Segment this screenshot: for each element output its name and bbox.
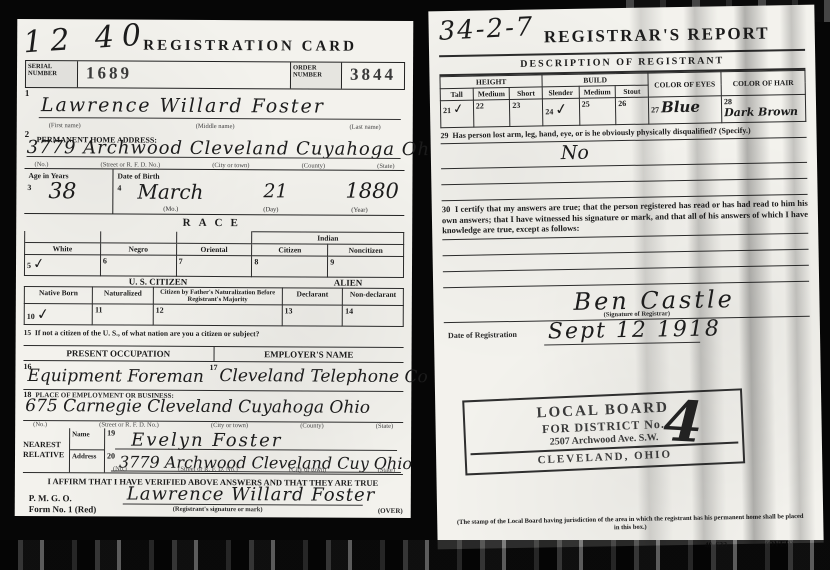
address-row: 2 PERMANENT HOME ADDRESS: 3779 Archwood … bbox=[25, 129, 405, 163]
build-slender-cell: 24 ✓ bbox=[543, 98, 580, 126]
build-slender-number: 24 bbox=[545, 107, 553, 116]
citizen-native-number: 10 bbox=[27, 312, 35, 321]
question-30: 30 I certify that my answers are true; t… bbox=[442, 195, 809, 240]
build-slender-label: Slender bbox=[542, 86, 579, 99]
dob-year-sublabel: (Year) bbox=[351, 207, 367, 214]
dob-year: 1880 bbox=[345, 179, 399, 203]
height-tall-number: 21 bbox=[443, 106, 451, 115]
height-short-label: Short bbox=[510, 87, 543, 100]
registrant-signature: Lawrence Willard Foster bbox=[127, 484, 376, 506]
eyes-value: Blue bbox=[661, 98, 700, 117]
document-scan: 12 40 REGISTRATION CARD SERIAL NUMBER 16… bbox=[0, 0, 830, 570]
serial-number-value: 1689 bbox=[78, 61, 140, 87]
q1-number: 1 bbox=[25, 88, 30, 98]
rel-state-sublabel: (State) bbox=[378, 467, 395, 474]
order-number-value: 3844 bbox=[342, 63, 404, 89]
relative-values: 19 Evelyn Foster 20 3779 Archwood Clevel… bbox=[105, 428, 403, 474]
nearest-relative-block: NEAREST RELATIVE Name Address 19 Evelyn … bbox=[23, 428, 403, 475]
checkmark-icon: ✓ bbox=[452, 101, 465, 118]
age-value: 38 bbox=[48, 179, 76, 204]
citizen-naturalized-cell: 11 bbox=[92, 304, 153, 325]
dob-day: 21 bbox=[263, 180, 287, 202]
address-city-sublabel: (City or town) bbox=[212, 162, 249, 169]
name-writing-line bbox=[39, 117, 401, 120]
color-of-hair-header: COLOR OF HAIR bbox=[721, 70, 805, 95]
citizen-col-native: Native Born bbox=[24, 287, 92, 304]
height-medium-label: Medium bbox=[473, 88, 510, 101]
age-cell: Age in Years 3 38 bbox=[24, 169, 113, 213]
present-occupation-header: PRESENT OCCUPATION bbox=[24, 346, 215, 361]
rel-street-sublabel: (Street or R. F. D. No.) bbox=[178, 466, 238, 473]
race-col-citizen: Citizen bbox=[252, 244, 328, 256]
address-state-sublabel: (State) bbox=[377, 163, 394, 170]
race-citizen-cell: 8 bbox=[252, 256, 328, 277]
citizen-nondeclarant-cell: 14 bbox=[343, 305, 404, 326]
dob-day-sublabel: (Day) bbox=[263, 206, 278, 213]
height-medium-cell: 22 bbox=[473, 100, 510, 128]
registration-card: 12 40 REGISTRATION CARD SERIAL NUMBER 16… bbox=[15, 19, 414, 518]
citizen-col-naturalized: Naturalized bbox=[93, 287, 154, 304]
build-stout-label: Stout bbox=[615, 85, 648, 98]
name-row: 1 Lawrence Willard Foster bbox=[25, 88, 405, 124]
height-tall-cell: 21 ✓ bbox=[440, 100, 473, 128]
citizen-col-nondeclarant: Non-declarant bbox=[343, 288, 404, 305]
employment-place-row: 18 PLACE OF EMPLOYMENT OR BUSINESS: 675 … bbox=[23, 390, 403, 423]
citizen-declarant-cell: 13 bbox=[282, 305, 343, 326]
emp-no-sublabel: (No.) bbox=[33, 421, 47, 428]
citizen-native-cell: 10 ✓ bbox=[24, 304, 92, 325]
date-of-registration-value: Sept 12 1918 bbox=[548, 316, 721, 344]
serial-number-label: SERIAL NUMBER bbox=[26, 61, 78, 87]
us-citizen-header: U. S. CITIZEN bbox=[24, 276, 292, 287]
race-col-negro: Negro bbox=[100, 243, 176, 255]
race-negro-cell: 6 bbox=[100, 255, 176, 276]
race-noncitizen-cell: 9 bbox=[328, 256, 404, 277]
relative-name-label: Name bbox=[70, 428, 104, 450]
relative-field-labels: Name Address bbox=[69, 428, 105, 472]
description-table: HEIGHT BUILD COLOR OF EYES COLOR OF HAIR… bbox=[439, 70, 806, 128]
q20-number: 20 bbox=[107, 451, 115, 460]
question-15: 15 If not a citizen of the U. S., of wha… bbox=[24, 325, 404, 348]
checkmark-icon: ✓ bbox=[32, 255, 46, 272]
dob-month-sublabel: (Mo.) bbox=[163, 206, 178, 213]
race-table: Indian White Negro Oriental Citizen Nonc… bbox=[24, 230, 404, 278]
date-of-registration-label: Date of Registration bbox=[448, 330, 517, 340]
build-stout-cell: 26 bbox=[616, 97, 649, 125]
hair-number: 28 bbox=[724, 97, 732, 106]
build-medium-label: Medium bbox=[579, 86, 616, 99]
q30-number: 30 bbox=[442, 204, 451, 214]
q29-label: Has person lost arm, leg, hand, eye, or … bbox=[452, 126, 750, 140]
registrant-signature-label: (Registrant's signature or mark) bbox=[173, 506, 263, 513]
height-short-cell: 23 bbox=[510, 99, 543, 127]
race-oriental-cell: 7 bbox=[176, 255, 252, 276]
q29-answer: No bbox=[561, 142, 589, 164]
order-number-label: ORDER NUMBER bbox=[290, 62, 342, 88]
employment-place-value: 675 Carnegie Cleveland Cuyahoga Ohio bbox=[25, 396, 370, 418]
build-medium-cell: 25 bbox=[579, 98, 616, 126]
q30-label: I certify that my answers are true; that… bbox=[442, 198, 808, 236]
race-white-cell: 5 ✓ bbox=[24, 255, 100, 276]
hair-value: Dark Brown bbox=[724, 105, 798, 119]
height-tall-label: Tall bbox=[440, 88, 473, 101]
checkmark-icon: ✓ bbox=[554, 99, 569, 119]
report-corner-note: 34-2-7 bbox=[438, 12, 535, 47]
dob-month: March bbox=[137, 180, 203, 204]
address-street-sublabel: (Street or R. F. D. No.) bbox=[101, 161, 161, 168]
checkmark-icon: ✓ bbox=[36, 304, 51, 324]
q15-number: 15 bbox=[24, 328, 32, 337]
citizen-col-declarant: Declarant bbox=[282, 288, 343, 305]
citizen-father-cell: 12 bbox=[153, 304, 282, 326]
dob-cell: Date of Birth 4 March 21 1880 (Mo.) (Day… bbox=[113, 169, 404, 215]
employers-name-header: EMPLOYER'S NAME bbox=[214, 347, 404, 362]
citizen-table: Native Born Naturalized Citizen by Fathe… bbox=[24, 286, 404, 327]
eyes-number: 27 bbox=[651, 105, 659, 114]
race-section-header: RACE bbox=[24, 214, 404, 232]
occupation-values-row: 16 Equipment Foreman 17 Cleveland Teleph… bbox=[23, 361, 403, 392]
q17-number: 17 bbox=[209, 363, 217, 372]
q15-label: If not a citizen of the U. S., of what n… bbox=[35, 328, 260, 338]
race-white-number: 5 bbox=[27, 261, 31, 270]
employer-value: Cleveland Telephone Co bbox=[219, 366, 427, 387]
citizen-col-father: Citizen by Father's Naturalization Befor… bbox=[153, 287, 282, 305]
nearest-relative-label: NEAREST RELATIVE bbox=[23, 428, 69, 472]
alien-header: ALIEN bbox=[292, 277, 404, 288]
over-label: (OVER) bbox=[378, 507, 403, 515]
q19-number: 19 bbox=[107, 428, 115, 437]
signature-row: P. M. G. O. Form No. 1 (Red) Lawrence Wi… bbox=[23, 487, 403, 523]
hair-cell: 28 Dark Brown bbox=[721, 94, 805, 122]
q3-number: 3 bbox=[27, 183, 31, 192]
local-board-stamp-area: LOCAL BOARD FOR DISTRICT No. 2507 Archwo… bbox=[445, 391, 813, 515]
q29-number: 29 bbox=[440, 131, 448, 140]
race-col-white: White bbox=[25, 243, 101, 255]
color-of-eyes-header: COLOR OF EYES bbox=[648, 72, 721, 97]
rel-city-sublabel: (City or town) bbox=[289, 466, 326, 473]
address-county-sublabel: (County) bbox=[302, 162, 326, 169]
registrars-report: 34-2-7 REGISTRAR'S REPORT DESCRIPTION OF… bbox=[428, 5, 823, 550]
district-number-handwritten: 4 bbox=[662, 388, 704, 456]
race-col-oriental: Oriental bbox=[176, 243, 252, 255]
date-of-registration-row: Date of Registration Sept 12 1918 bbox=[444, 317, 810, 351]
relative-address-label: Address bbox=[70, 450, 104, 472]
citizen-section-headers: U. S. CITIZEN ALIEN bbox=[24, 276, 404, 288]
race-col-noncitizen: Noncitizen bbox=[328, 244, 404, 256]
age-dob-row: Age in Years 3 38 Date of Birth 4 March … bbox=[24, 168, 404, 216]
race-indian-header: Indian bbox=[252, 232, 404, 245]
eyes-cell: 27 Blue bbox=[648, 96, 721, 124]
q4-number: 4 bbox=[117, 183, 121, 192]
rel-no-sublabel: (No.) bbox=[113, 465, 127, 472]
registrant-name: Lawrence Willard Foster bbox=[41, 94, 325, 117]
serial-order-row: SERIAL NUMBER 1689 ORDER NUMBER 3844 bbox=[25, 60, 405, 90]
address-no-sublabel: (No.) bbox=[35, 161, 49, 168]
occupation-value: Equipment Foreman bbox=[27, 366, 204, 387]
film-streaks-bottom bbox=[0, 540, 830, 570]
